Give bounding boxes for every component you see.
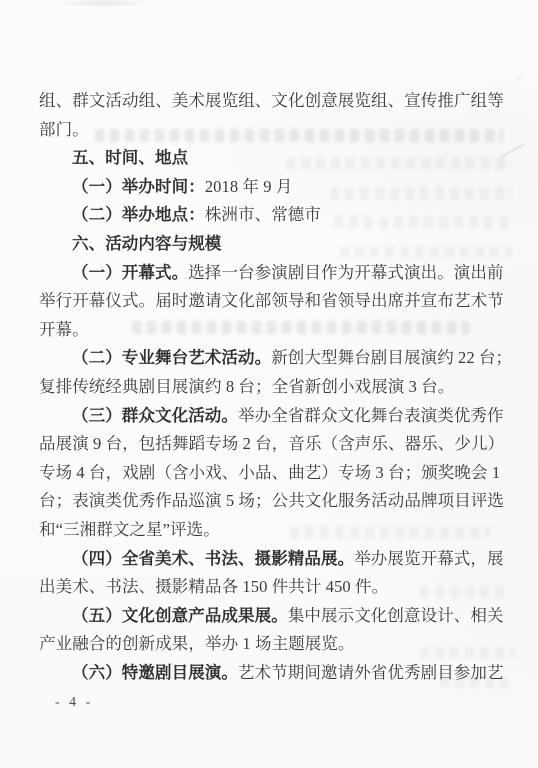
- line-text: 集中展示文化创意设计、相关: [288, 606, 504, 625]
- line-text: 举办展览开幕式，展: [354, 549, 503, 568]
- scan-scratch-mark: [513, 75, 523, 83]
- line-text: 复排传统经典剧目展演约 8 台；全省新创小戏展演 3 台。: [39, 377, 454, 396]
- line-text: 举办全省群众文化舞台表演类优秀作: [238, 406, 504, 425]
- line-text: 艺术节期间邀请外省优秀剧目参加艺: [238, 663, 504, 682]
- line-text: 品展演 9 台，包括舞蹈专场 2 台，音乐（含声乐、器乐、少儿）: [39, 434, 504, 453]
- line-lead-bold: （五）文化创意产品成果展。: [72, 606, 288, 625]
- document-line: 部门。: [39, 116, 505, 145]
- document-line: （六）特邀剧目展演。艺术节期间邀请外省优秀剧目参加艺: [39, 659, 505, 688]
- line-text: 出美术、书法、摄影精品各 150 件共计 450 件。: [39, 577, 388, 596]
- document-line: 专场 4 台，戏剧（含小戏、小品、曲艺）专场 3 台；颁奖晚会 1: [39, 459, 505, 488]
- line-lead-bold: （二）专业舞台艺术活动。: [72, 348, 271, 367]
- document-line: （一）举办时间：2018 年 9 月: [39, 173, 505, 202]
- line-text: 专场 4 台，戏剧（含小戏、小品、曲艺）专场 3 台；颁奖晚会 1: [39, 463, 500, 482]
- line-text: 举行开幕仪式。届时邀请文化部领导和省领导出席并宣布艺术节: [39, 291, 504, 310]
- line-lead-bold: （四）全省美术、书法、摄影精品展。: [72, 549, 354, 568]
- page-number: - 4 -: [55, 695, 93, 711]
- document-line: 品展演 9 台，包括舞蹈专场 2 台，音乐（含声乐、器乐、少儿）: [39, 430, 505, 459]
- line-text: 开幕。: [39, 320, 89, 339]
- line-lead-bold: （二）举办地点：: [72, 205, 205, 224]
- document-body: 组、群文活动组、美术展览组、文化创意展览组、宣传推广组等部门。五、时间、地点（一…: [39, 87, 505, 687]
- line-lead-bold: （六）特邀剧目展演。: [72, 663, 238, 682]
- document-line: （五）文化创意产品成果展。集中展示文化创意设计、相关: [39, 602, 505, 631]
- line-text: 株洲市、常德市: [205, 205, 321, 224]
- document-line: 和“三湘群文之星”评选。: [39, 516, 505, 545]
- line-text: 组、群文活动组、美术展览组、文化创意展览组、宣传推广组等: [39, 91, 504, 110]
- line-lead-bold: （一）举办时间：: [72, 177, 205, 196]
- document-line: （二）专业舞台艺术活动。新创大型舞台剧目展演约 22 台；: [39, 344, 505, 373]
- document-line: （三）群众文化活动。举办全省群众文化舞台表演类优秀作: [39, 402, 505, 431]
- document-line: 组、群文活动组、美术展览组、文化创意展览组、宣传推广组等: [39, 87, 505, 116]
- line-text: 产业融合的创新成果，举办 1 场主题展览。: [39, 634, 355, 653]
- document-line: （二）举办地点：株洲市、常德市: [39, 201, 505, 230]
- scanned-document-page: 组、群文活动组、美术展览组、文化创意展览组、宣传推广组等部门。五、时间、地点（一…: [0, 0, 538, 768]
- line-lead-bold: （三）群众文化活动。: [72, 406, 238, 425]
- document-line: 开幕。: [39, 316, 505, 345]
- document-line: 复排传统经典剧目展演约 8 台；全省新创小戏展演 3 台。: [39, 373, 505, 402]
- line-lead-bold: 六、活动内容与规模: [72, 234, 221, 253]
- line-text: 2018 年 9 月: [205, 177, 293, 196]
- document-line: 台；表演类优秀作品巡演 5 场；公共文化服务活动品牌项目评选: [39, 487, 505, 516]
- document-line: 出美术、书法、摄影精品各 150 件共计 450 件。: [39, 573, 505, 602]
- line-text: 台；表演类优秀作品巡演 5 场；公共文化服务活动品牌项目评选: [39, 491, 504, 510]
- document-line: 五、时间、地点: [39, 144, 505, 173]
- line-text: 和“三湘群文之星”评选。: [39, 520, 220, 539]
- document-line: 六、活动内容与规模: [39, 230, 505, 259]
- line-text: 选择一台参演剧目作为开幕式演出。演出前: [188, 263, 503, 282]
- line-lead-bold: 五、时间、地点: [72, 148, 188, 167]
- scan-smudge-top: [38, 0, 168, 10]
- document-line: （四）全省美术、书法、摄影精品展。举办展览开幕式，展: [39, 545, 505, 574]
- document-line: 产业融合的创新成果，举办 1 场主题展览。: [39, 630, 505, 659]
- line-lead-bold: （一）开幕式。: [72, 263, 188, 282]
- line-text: 新创大型舞台剧目展演约 22 台；: [271, 348, 512, 367]
- document-line: 举行开幕仪式。届时邀请文化部领导和省领导出席并宣布艺术节: [39, 287, 505, 316]
- document-line: （一）开幕式。选择一台参演剧目作为开幕式演出。演出前: [39, 259, 505, 288]
- line-text: 部门。: [39, 120, 89, 139]
